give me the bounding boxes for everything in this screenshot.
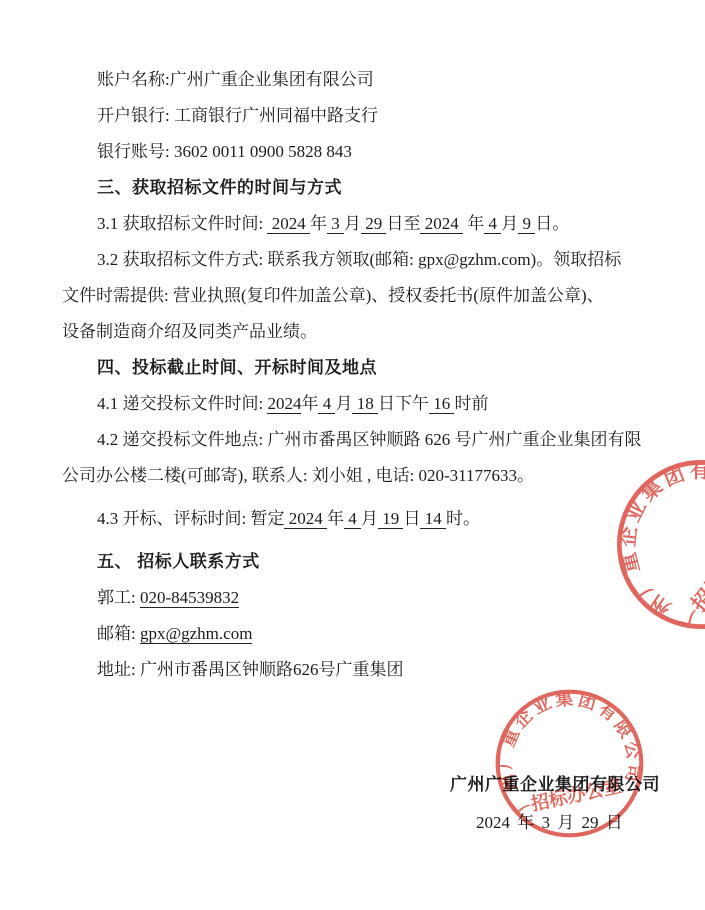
clause-4-1-line-text: 18 [352,394,378,414]
clause-3-1-line-text: 29 [361,214,387,234]
clause-3-1-line-text: 3.1 获取招标文件时间: [97,214,267,233]
bank-branch-line: 开户银行: 工商银行广州同福中路支行 [62,98,654,134]
contact-phone-line-text: 郭工: [97,588,140,607]
clause-4-1-line-text: 时前 [454,394,488,413]
section-4-heading-text: 四、投标截止时间、开标时间及地点 [97,358,377,377]
clause-4-1-line-text: 4.1 递交投标文件时间: [97,394,267,413]
clause-4-3-line-text: 月 [361,509,378,528]
clause-3-2-line-2: 文件时需提供: 营业执照(复印件加盖公章)、授权委托书(原件加盖公章)、 [62,278,654,314]
section-5-heading-text: 五、 招标人联系方式 [97,552,260,571]
section-3-heading-text: 三、获取招标文件的时间与方式 [97,178,342,197]
contact-phone-line: 郭工: 020-84539832 [62,580,654,616]
section-3-heading: 三、获取招标文件的时间与方式 [62,170,654,206]
clause-3-1-line-text: 4 [484,214,501,234]
contact-email-line: 邮箱: gpx@gzhm.com [62,616,654,652]
clause-3-1-line-text: 月 [344,214,361,233]
clause-3-1-line-text: 2024 [420,214,463,234]
clause-4-2-line-1-text: 4.2 递交投标文件地点: 广州市番禺区钟顺路 626 号广州广重企业集团有限 [97,430,641,449]
bank-account-line: 银行账号: 3602 0011 0900 5828 843 [62,134,654,170]
clause-3-2-line-2-text: 文件时需提供: 营业执照(复印件加盖公章)、授权委托书(原件加盖公章)、 [62,286,604,305]
contact-address-line: 地址: 广州市番禺区钟顺路626号广重集团 [62,652,654,688]
clause-4-3-line-text: 19 [378,509,404,529]
clause-4-1-line: 4.1 递交投标文件时间: 2024年 4 月 18 日下午 16 时前 [62,386,654,422]
clause-3-1-line-text: 2024 [267,214,310,234]
clause-4-3-line: 4.3 开标、评标时间: 暂定 2024 年 4 月 19 日 14 时。 [62,501,654,537]
clause-3-1-line-text: 9 [518,214,535,234]
clause-4-2-line-1: 4.2 递交投标文件地点: 广州市番禺区钟顺路 626 号广州广重企业集团有限 [62,422,654,458]
clause-3-1-line: 3.1 获取招标文件时间: 2024 年 3 月 29 日至 2024 年 4 … [62,206,654,242]
clause-3-2-line-1-text: 3.2 获取招标文件方式: 联系我方领取(邮箱: gpx@gzhm.com)。领… [97,250,621,269]
clause-4-1-line-text: 16 [429,394,455,414]
contact-email-line-text: 邮箱: [97,624,140,643]
section-4-heading: 四、投标截止时间、开标时间及地点 [62,350,654,386]
clause-3-1-line-text: 日。 [535,214,569,233]
clause-4-3-line-text: 4.3 开标、评标时间: 暂定 [97,509,284,528]
signature-company-name: 广州广重企业集团有限公司 [450,770,660,795]
contact-address-line-text: 地址: 广州市番禺区钟顺路626号广重集团 [97,660,403,679]
document-body: 账户名称:广州广重企业集团有限公司开户银行: 工商银行广州同福中路支行银行账号:… [62,62,654,688]
clause-4-2-line-2: 公司办公楼二楼(可邮寄), 联系人: 刘小姐 , 电话: 020-3117763… [62,458,654,494]
bank-account-line-text: 银行账号: 3602 0011 0900 5828 843 [97,142,352,161]
clause-3-2-line-3-text: 设备制造商介绍及同类产品业绩。 [62,322,317,341]
clause-4-3-line-text: 时。 [446,509,480,528]
clause-4-1-line-text: 年 [301,394,318,413]
seal-center-text: 招标办公室 [687,520,705,616]
clause-4-3-line-text: 年 [327,509,344,528]
clause-4-3-line-text: 14 [420,509,446,529]
clause-4-3-line-text: 日 [403,509,420,528]
clause-3-1-line-text: 年 [463,214,484,233]
section-5-heading: 五、 招标人联系方式 [62,544,654,580]
clause-4-1-line-text: 日下午 [378,394,429,413]
clause-4-3-line-text: 4 [344,509,361,529]
clause-3-1-line-text: 日至 [386,214,420,233]
clause-3-1-line-text: 月 [501,214,518,233]
clause-3-1-line-text: 3 [327,214,344,234]
contact-email-line-text: gpx@gzhm.com [140,624,252,644]
clause-4-1-line-text: 4 [318,394,335,414]
signature-date: 2024 年 3 月 29 日 [476,808,623,833]
bank-branch-line-text: 开户银行: 工商银行广州同福中路支行 [97,106,378,125]
clause-3-2-line-3: 设备制造商介绍及同类产品业绩。 [62,314,654,350]
account-name-line: 账户名称:广州广重企业集团有限公司 [62,62,654,98]
clause-3-2-line-1: 3.2 获取招标文件方式: 联系我方领取(邮箱: gpx@gzhm.com)。领… [62,242,654,278]
clause-4-1-line-text: 2024 [267,394,301,414]
contact-phone-line-text: 020-84539832 [140,588,239,608]
clause-4-2-line-2-text: 公司办公楼二楼(可邮寄), 联系人: 刘小姐 , 电话: 020-3117763… [62,466,534,485]
scanned-tender-document-page: 账户名称:广州广重企业集团有限公司开户银行: 工商银行广州同福中路支行银行账号:… [0,0,705,910]
clause-3-1-line-text: 年 [310,214,327,233]
seal-ring-text: 广州广重企业集团有限公司 [481,675,651,820]
account-name-line-text: 账户名称:广州广重企业集团有限公司 [97,70,374,89]
clause-4-1-line-text: 月 [335,394,352,413]
clause-4-3-line-text: 2024 [284,509,327,529]
